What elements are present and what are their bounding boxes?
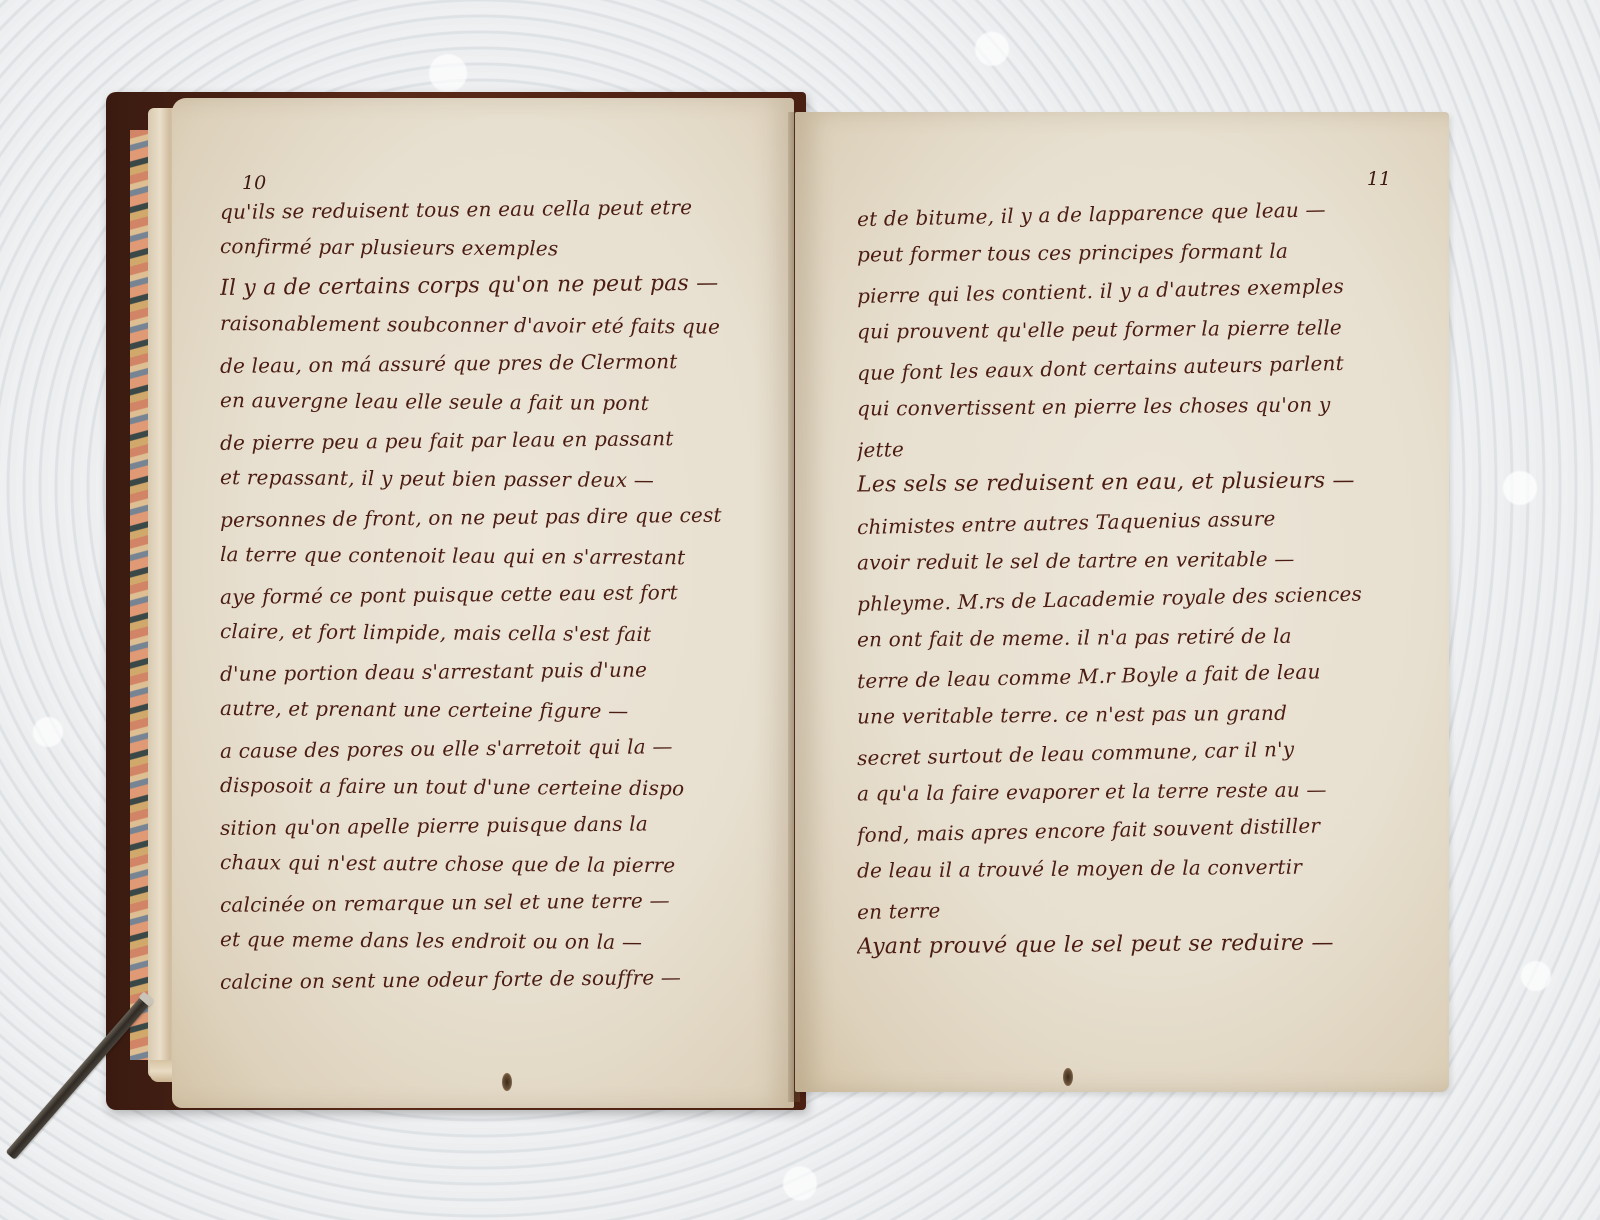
worm-hole [1063, 1068, 1073, 1086]
manuscript-line: et que meme dans les endroit ou on la — [220, 920, 780, 962]
manuscript-line: en auvergne leau elle seule a fait un po… [220, 381, 780, 423]
manuscript-line: a cause des pores ou elle s'arretoit qui… [220, 726, 780, 770]
manuscript-line: qu'ils se reduisent tous en eau cella pe… [220, 187, 780, 231]
manuscript-line: la terre que contenoit leau qui en s'arr… [220, 535, 780, 577]
manuscript-line-paragraph-start: Ayant prouvé que le sel peut se reduire … [857, 923, 1437, 967]
left-page: 10 qu'ils se reduisent tous en eau cella… [172, 98, 794, 1108]
manuscript-line: calcine on sent une odeur forte de souff… [220, 957, 780, 1001]
right-page: 11 et de bitume, il y a de lapparence qu… [795, 112, 1449, 1092]
manuscript-line: autre, et prenant une certeine figure — [220, 689, 780, 731]
left-page-text: qu'ils se reduisent tous en eau cella pe… [220, 190, 780, 999]
manuscript-line: de pierre peu a peu fait par leau en pas… [220, 418, 780, 462]
manuscript-line: disposoit a faire un tout d'une certeine… [220, 766, 780, 808]
photo-scene: 10 qu'ils se reduisent tous en eau cella… [0, 0, 1600, 1220]
manuscript-line-paragraph-start: Il y a de certains corps qu'on ne peut p… [220, 264, 780, 308]
manuscript-line: de leau, on má assuré que pres de Clermo… [220, 341, 780, 385]
folio-number-right: 11 [1367, 168, 1391, 190]
manuscript-line: aye formé ce pont puisque cette eau est … [220, 572, 780, 616]
manuscript-line: sition qu'on apelle pierre puisque dans … [220, 803, 780, 847]
manuscript-line: et repassant, il y peut bien passer deux… [220, 458, 780, 500]
manuscript-line: calcinée on remarque un sel et une terre… [220, 880, 780, 924]
manuscript-line: personnes de front, on ne peut pas dire … [220, 495, 780, 539]
manuscript-line: claire, et fort limpide, mais cella s'es… [220, 612, 780, 654]
manuscript-line: d'une portion deau s'arrestant puis d'un… [220, 649, 780, 693]
worm-hole [502, 1073, 512, 1091]
manuscript-line: chaux qui n'est autre chose que de la pi… [220, 843, 780, 885]
right-page-text: et de bitume, il y a de lapparence que l… [857, 194, 1437, 964]
manuscript-line: raisonablement soubconner d'avoir eté fa… [220, 304, 780, 346]
manuscript-line: confirmé par plusieurs exemples [220, 227, 780, 269]
